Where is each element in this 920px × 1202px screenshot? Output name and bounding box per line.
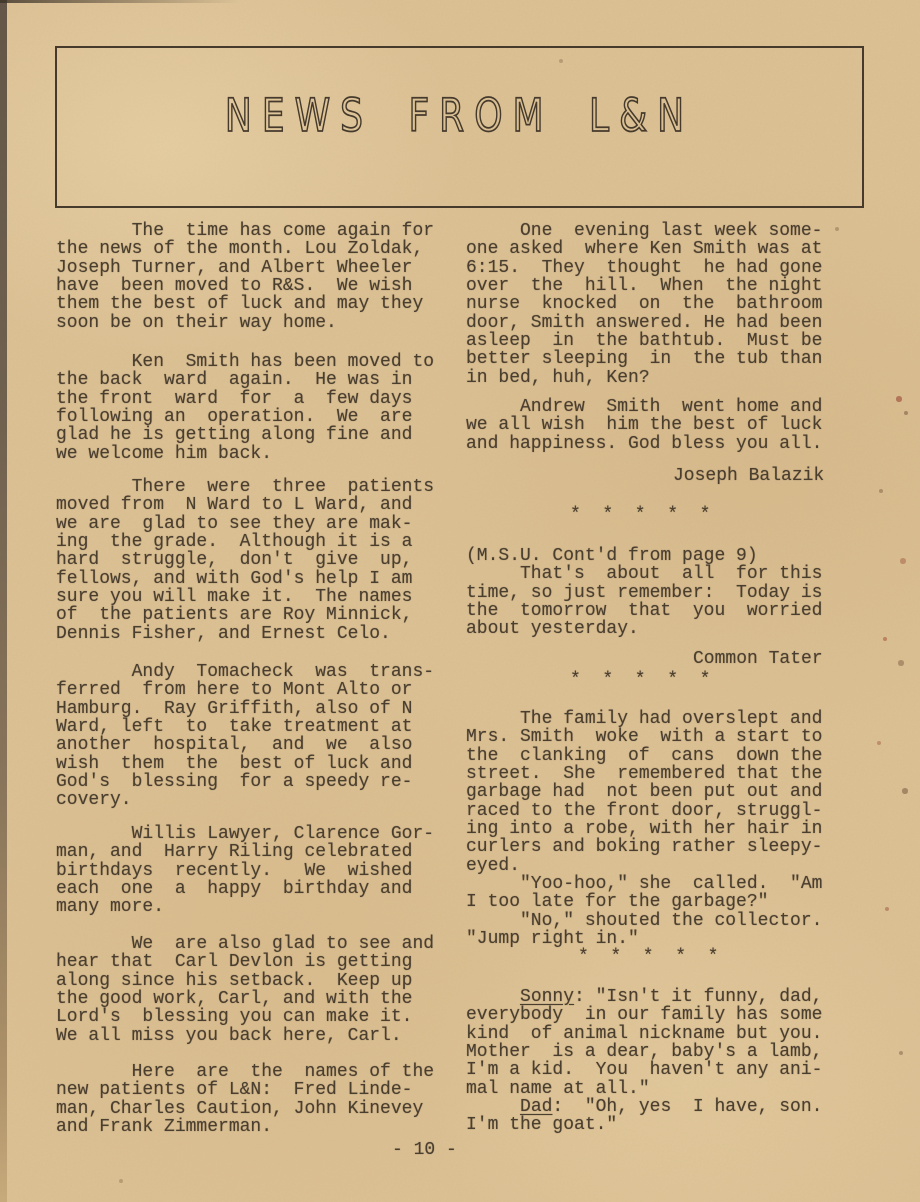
page-number: - 10 - — [392, 1140, 457, 1160]
signature-joseph-balazik: Joseph Balazik — [673, 467, 873, 485]
joke-sonny-dad: Sonny: "Isn't it funny, dad, everybody i… — [466, 988, 868, 1135]
news-item-new-patients: Here are the names of the new patients o… — [56, 1063, 456, 1136]
asterisk-separator-2: * * * * * — [570, 671, 730, 689]
story-mrs-smith-garbage: The family had overslept and Mrs. Smith … — [466, 710, 868, 948]
news-item-birthdays: Willis Lawyer, Clarence Gor- man, and Ha… — [56, 825, 456, 917]
header-box: NEWS FROM L&N — [55, 46, 864, 208]
asterisk-separator-1: * * * * * — [570, 506, 730, 524]
news-item-andrew-smith: Andrew Smith went home and we all wish h… — [466, 398, 868, 453]
news-item-andy-tomacheck: Andy Tomacheck was trans- ferred from he… — [56, 663, 456, 810]
paper-stains — [0, 0, 2, 2]
asterisk-separator-3: * * * * * — [578, 948, 738, 966]
news-item-ken-smith: Ken Smith has been moved to the back war… — [56, 353, 456, 463]
news-item-bathtub: One evening last week some- one asked wh… — [466, 222, 868, 387]
newsletter-page: NEWS FROM L&N The time has come again fo… — [0, 0, 920, 1202]
news-item-carl-devlon: We are also glad to see and hear that Ca… — [56, 935, 456, 1045]
speaker-sonny: Sonny — [520, 987, 574, 1007]
joke-indent — [466, 987, 520, 1007]
scan-edge-shadow-top — [0, 0, 240, 3]
news-item-moved-to-rs: The time has come again for the news of … — [56, 222, 456, 332]
news-item-three-patients: There were three patients moved from N W… — [56, 478, 456, 643]
scan-edge-shadow — [0, 0, 7, 1202]
msu-continuation-note: (M.S.U. Cont'd from page 9) That's about… — [466, 547, 868, 639]
signature-common-tater: Common Tater — [693, 650, 873, 668]
page-title: NEWS FROM L&N — [57, 91, 862, 142]
